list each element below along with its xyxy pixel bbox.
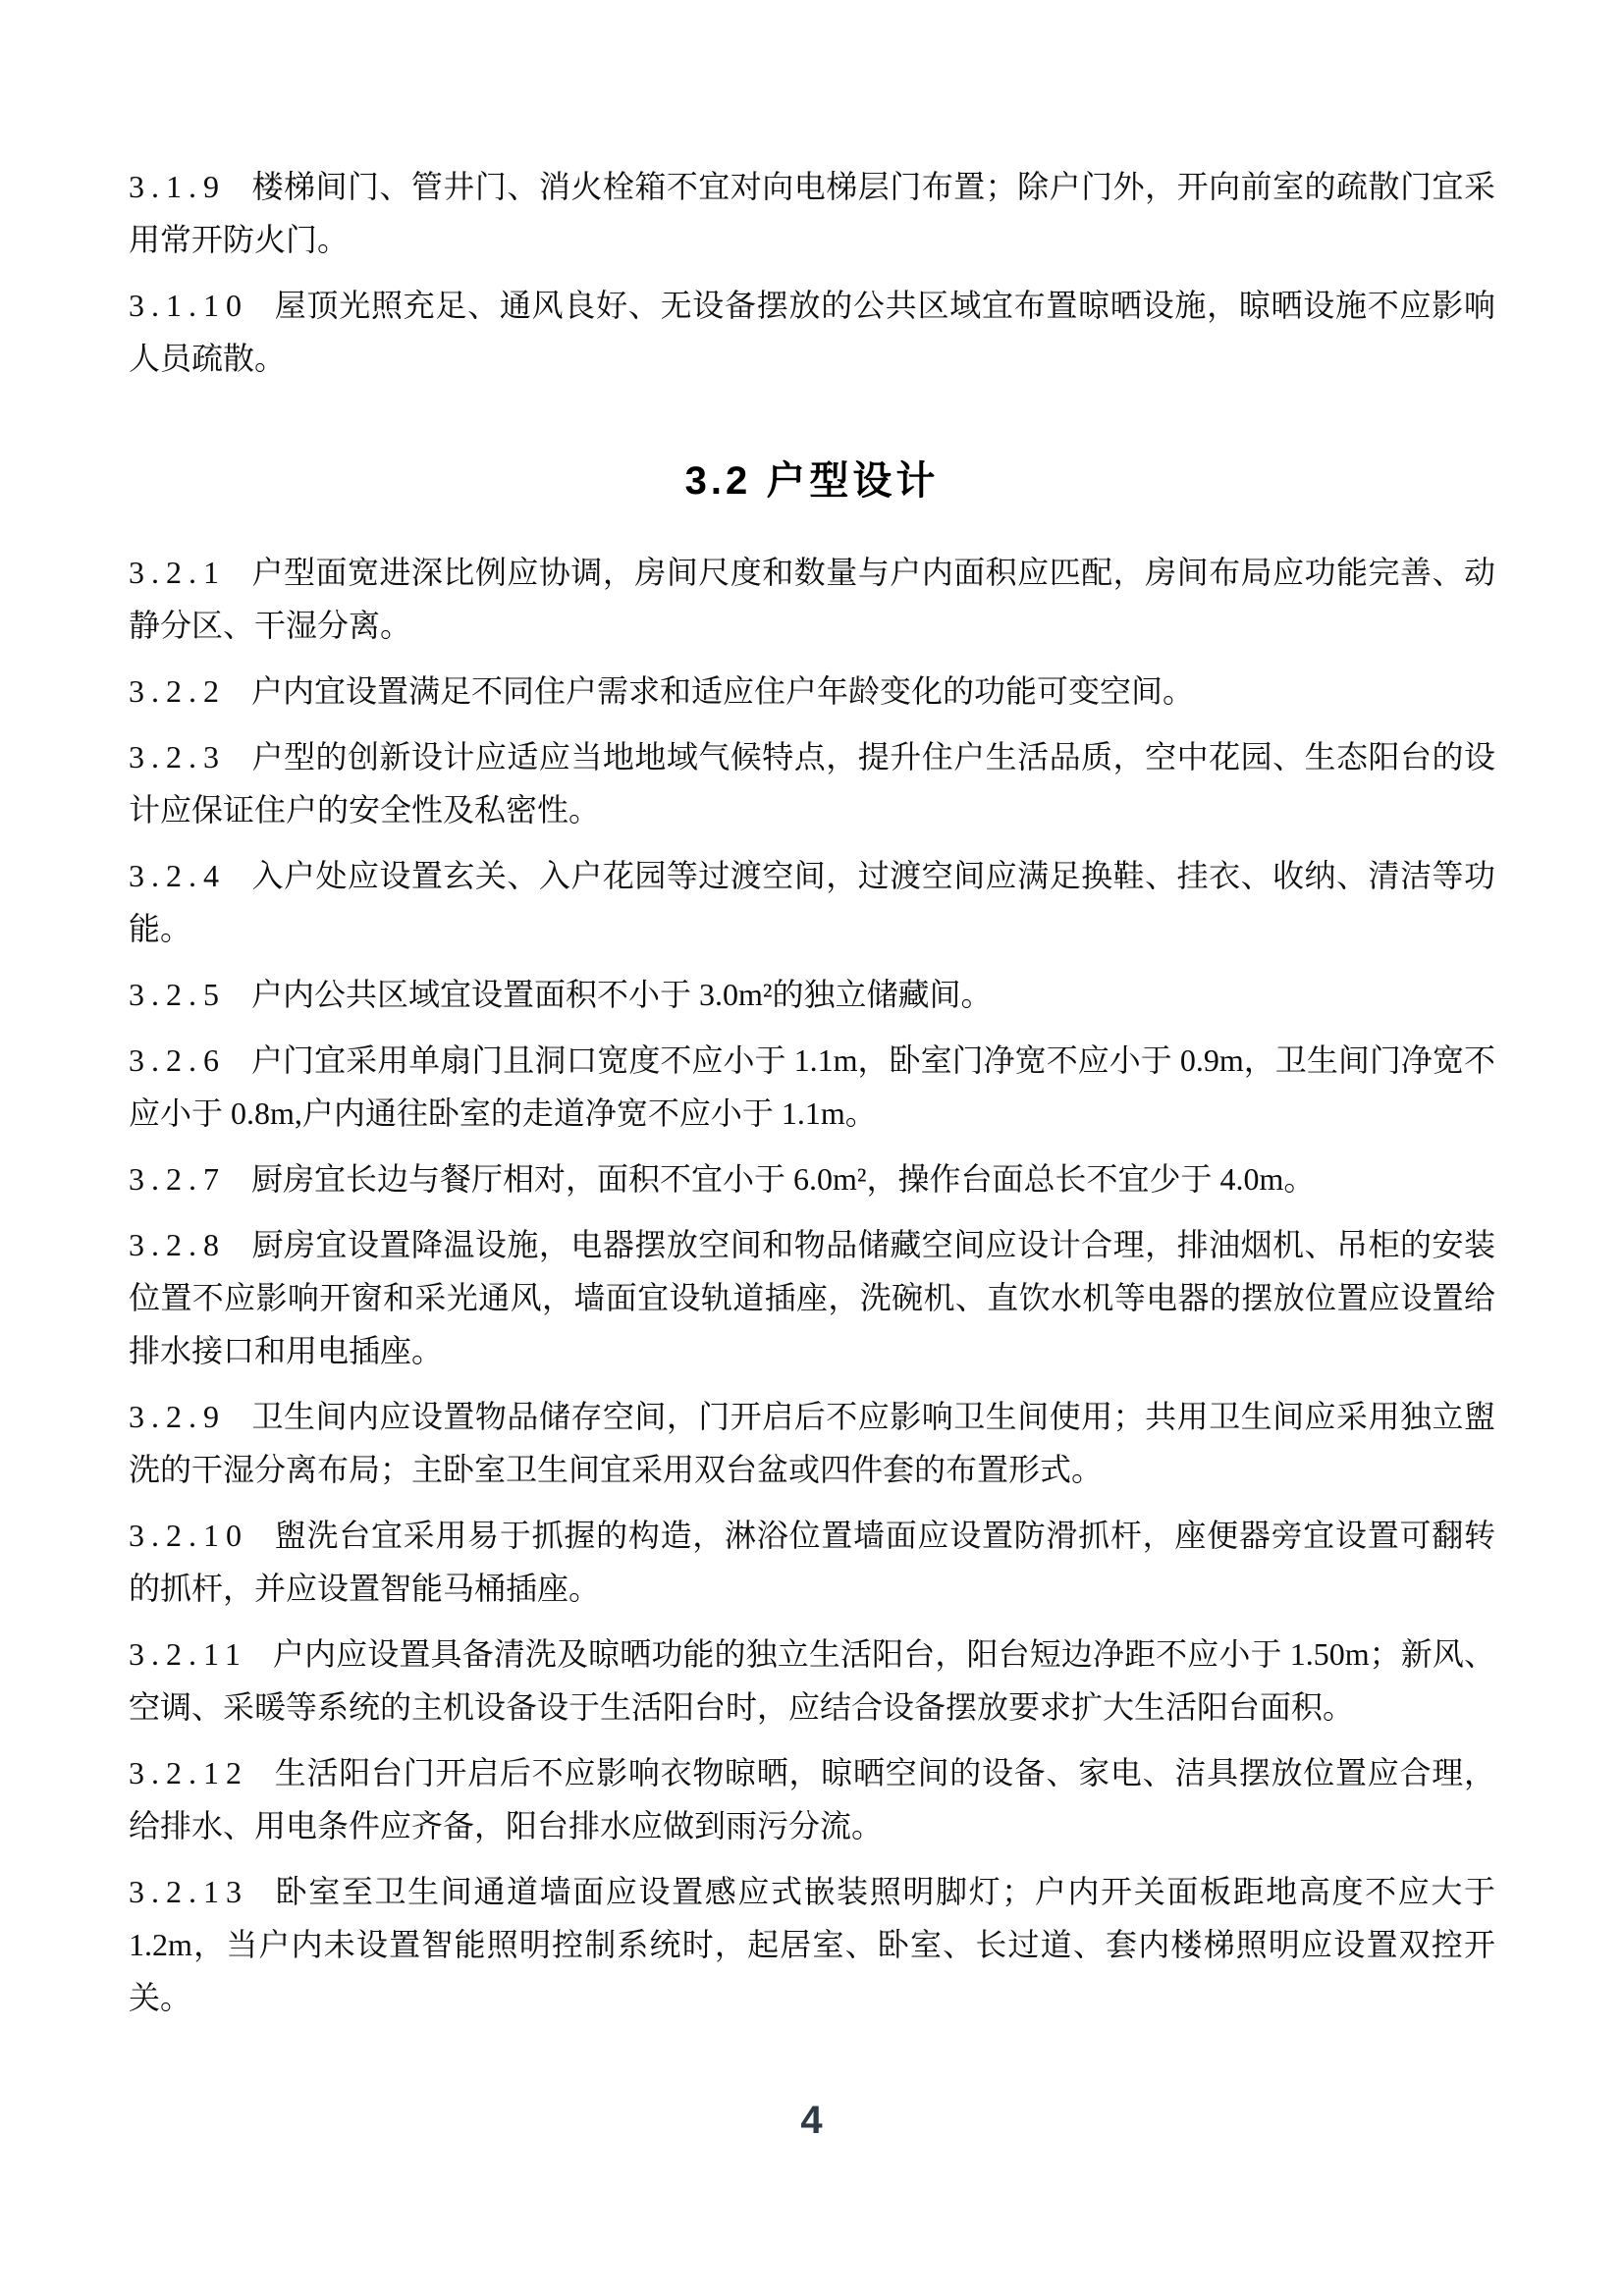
clause-number: 3.2.12 [129,1755,248,1790]
clause-3-2-6: 3.2.6户门宜采用单扇门且洞口宽度不应小于 1.1m，卧室门净宽不应小于 0.… [129,1034,1495,1140]
clause-text: 厨房宜设置降温设施，电器摆放空间和物品储藏空间应设计合理，排油烟机、吊柜的安装位… [129,1227,1495,1368]
clause-text: 卧室至卫生间通道墙面应设置感应式嵌装照明脚灯；户内开关面板距地高度不应大于 1.… [129,1874,1495,2015]
clause-3-2-1: 3.2.1户型面宽进深比例应协调，房间尺度和数量与户内面积应匹配，房间布局应功能… [129,546,1495,652]
clause-text: 屋顶光照充足、通风良好、无设备摆放的公共区域宜布置晾晒设施，晾晒设施不应影响人员… [129,288,1495,376]
clause-number: 3.2.9 [129,1399,226,1434]
clause-number: 3.2.7 [129,1161,226,1197]
clause-3-2-10: 3.2.10盥洗台宜采用易于抓握的构造，淋浴位置墙面应设置防滑抓杆，座便器旁宜设… [129,1509,1495,1615]
document-content: 3.1.9楼梯间门、管井门、消火栓箱不宜对向电梯层门布置；除户门外，开向前室的疏… [129,160,1495,2037]
clause-text: 户门宜采用单扇门且洞口宽度不应小于 1.1m，卧室门净宽不应小于 0.9m，卫生… [129,1042,1495,1131]
clause-3-2-12: 3.2.12生活阳台门开启后不应影响衣物晾晒，晾晒空间的设备、家电、洁具摆放位置… [129,1746,1495,1852]
clause-3-2-5: 3.2.5户内公共区域宜设置面积不小于 3.0m²的独立储藏间。 [129,968,1495,1021]
document-page: 3.1.9楼梯间门、管井门、消火栓箱不宜对向电梯层门布置；除户门外，开向前室的疏… [0,0,1623,2296]
clause-number: 3.1.9 [129,169,226,204]
clause-number: 3.2.1 [129,555,226,590]
clause-number: 3.2.8 [129,1227,226,1262]
clause-number: 3.2.10 [129,1518,248,1553]
clause-3-2-3: 3.2.3户型的创新设计应适应当地地域气候特点，提升住户生活品质，空中花园、生态… [129,730,1495,836]
section-heading: 3.2 户型设计 [129,454,1495,508]
clause-3-1-10: 3.1.10屋顶光照充足、通风良好、无设备摆放的公共区域宜布置晾晒设施，晾晒设施… [129,279,1495,385]
clause-text: 户型面宽进深比例应协调，房间尺度和数量与户内面积应匹配，房间布局应功能完善、动静… [129,555,1495,643]
clause-number: 3.2.2 [129,673,226,709]
clause-text: 盥洗台宜采用易于抓握的构造，淋浴位置墙面应设置防滑抓杆，座便器旁宜设置可翻转的抓… [129,1518,1495,1606]
clause-text: 户内公共区域宜设置面积不小于 3.0m²的独立储藏间。 [251,977,993,1012]
clause-3-2-8: 3.2.8厨房宜设置降温设施，电器摆放空间和物品储藏空间应设计合理，排油烟机、吊… [129,1218,1495,1377]
page-number: 4 [0,2099,1623,2143]
clause-text: 生活阳台门开启后不应影响衣物晾晒，晾晒空间的设备、家电、洁具摆放位置应合理，给排… [129,1755,1495,1843]
clause-text: 户内宜设置满足不同住户需求和适应住户年龄变化的功能可变空间。 [251,673,1194,709]
clause-number: 3.2.3 [129,739,226,774]
clause-3-2-11: 3.2.11户内应设置具备清洗及晾晒功能的独立生活阳台，阳台短边净距不应小于 1… [129,1628,1495,1734]
clause-number: 3.2.5 [129,977,226,1012]
clause-text: 卫生间内应设置物品储存空间，门开启后不应影响卫生间使用；共用卫生间应采用独立盥洗… [129,1399,1495,1487]
clause-text: 楼梯间门、管井门、消火栓箱不宜对向电梯层门布置；除户门外，开向前室的疏散门宜采用… [129,169,1495,257]
clause-number: 3.2.6 [129,1042,226,1078]
clause-number: 3.2.4 [129,858,226,893]
clause-text: 厨房宜长边与餐厅相对，面积不宜小于 6.0m²，操作台面总长不宜少于 4.0m。 [251,1161,1315,1197]
clause-3-2-4: 3.2.4入户处应设置玄关、入户花园等过渡空间，过渡空间应满足换鞋、挂衣、收纳、… [129,849,1495,955]
clause-3-2-7: 3.2.7厨房宜长边与餐厅相对，面积不宜小于 6.0m²，操作台面总长不宜少于 … [129,1152,1495,1205]
clause-text: 户内应设置具备清洗及晾晒功能的独立生活阳台，阳台短边净距不应小于 1.50m；新… [129,1636,1495,1725]
clause-number: 3.2.11 [129,1636,247,1672]
clause-3-1-9: 3.1.9楼梯间门、管井门、消火栓箱不宜对向电梯层门布置；除户门外，开向前室的疏… [129,160,1495,266]
clause-number: 3.2.13 [129,1874,248,1909]
clause-text: 入户处应设置玄关、入户花园等过渡空间，过渡空间应满足换鞋、挂衣、收纳、清洁等功能… [129,858,1495,946]
clause-number: 3.1.10 [129,288,248,323]
clause-3-2-9: 3.2.9卫生间内应设置物品储存空间，门开启后不应影响卫生间使用；共用卫生间应采… [129,1390,1495,1496]
clause-3-2-13: 3.2.13卧室至卫生间通道墙面应设置感应式嵌装照明脚灯；户内开关面板距地高度不… [129,1865,1495,2024]
clause-3-2-2: 3.2.2户内宜设置满足不同住户需求和适应住户年龄变化的功能可变空间。 [129,665,1495,718]
clause-text: 户型的创新设计应适应当地地域气候特点，提升住户生活品质，空中花园、生态阳台的设计… [129,739,1495,828]
